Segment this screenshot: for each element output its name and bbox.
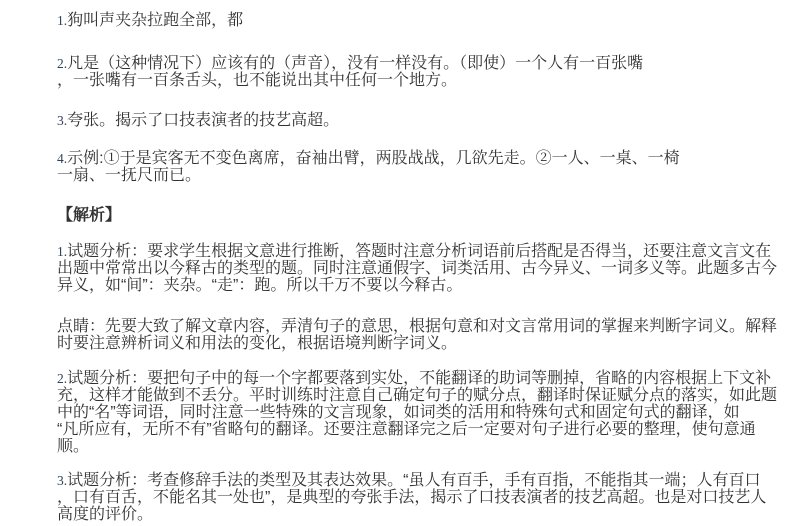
text-line: 1.狗叫声夹杂拉跑全部，都	[57, 12, 743, 29]
analysis-item-3: 3.试题分析：考查修辞手法的类型及其表达效果。“虽人有百手，手有百指，不能指其一…	[57, 472, 743, 523]
answer-item-1: 1.狗叫声夹杂拉跑全部，都	[57, 12, 743, 29]
analysis-item-1: 1.试题分析：要求学生根据文意进行推断，答题时注意分析词语前后搭配是否得当，还要…	[57, 243, 743, 294]
analysis-note-line-1: 点睛：先要大致了解文章内容，弄清句子的意思，根据句意和对文言常用词的掌握来判断字…	[57, 318, 743, 335]
analysis-1-line-3: 异义，如“间”：夹杂。“走”：跑。所以千万不要以今释古。	[57, 277, 743, 294]
answer-item-4: 4.示例:①于是宾客无不变色离席，奋袖出臂，两股战战，几欲先走。②一人、一桌、一…	[57, 150, 743, 184]
analysis-note: 点睛：先要大致了解文章内容，弄清句子的意思，根据句意和对文言常用词的掌握来判断字…	[57, 318, 743, 352]
analysis-2-line-3: 中的“名”等词语，同时注意一些特殊的文言现象，如词类的活用和特殊句式和固定句式的…	[57, 404, 743, 421]
item-number: 4.	[57, 151, 67, 166]
item-number: 3.	[57, 473, 67, 488]
analysis-item-2: 2.试题分析：要把句子中的每一个字都要落到实处，不能翻译的助词等删掉，省略的内容…	[57, 370, 743, 455]
text-line: 3.夸张。揭示了口技表演者的技艺高超。	[57, 112, 743, 129]
analysis-3-line-2: ，口有百舌，不能名其一处也”，是典型的夸张手法，揭示了口技表演者的技艺高超。也是…	[57, 489, 743, 506]
item-number: 2.	[57, 371, 67, 386]
text-line: 2.试题分析：要把句子中的每一个字都要落到实处，不能翻译的助词等删掉，省略的内容…	[57, 370, 743, 387]
analysis-2-line-4: “凡所应有，无所不有”省略句的翻译。还要注意翻译完之后一定要对句子进行必要的整理…	[57, 421, 743, 438]
page: { "colors": { "background": "#ffffff", "…	[0, 0, 801, 526]
section-heading: 【解析】	[57, 207, 743, 224]
answer-item-3: 3.夸张。揭示了口技表演者的技艺高超。	[57, 112, 743, 129]
item-number: 1.	[57, 13, 67, 28]
text-line: 2.凡是（这种情况下）应该有的（声音），没有一样没有。（即使）一个人有一百张嘴	[57, 55, 743, 72]
analysis-2-line-2: 充，这样才能做到不丢分。平时训练时注意自己确定句子的赋分点，翻译时保证赋分点的落…	[57, 387, 743, 404]
analysis-2-line-5: 顺。	[57, 438, 743, 455]
analysis-note-line-2: 时要注意辨析词义和用法的变化，根据语境判断字词义。	[57, 335, 743, 352]
text-line: 4.示例:①于是宾客无不变色离席，奋袖出臂，两股战战，几欲先走。②一人、一桌、一…	[57, 150, 743, 167]
item-number: 2.	[57, 56, 67, 71]
analysis-3-line-3: 高度的评价。	[57, 506, 743, 523]
answer-4-line-1: 示例:①于是宾客无不变色离席，奋袖出臂，两股战战，几欲先走。②一人、一桌、一椅	[67, 150, 679, 167]
document-page: 1.狗叫声夹杂拉跑全部，都 2.凡是（这种情况下）应该有的（声音），没有一样没有…	[0, 0, 801, 526]
analysis-1-line-1: 试题分析：要求学生根据文意进行推断，答题时注意分析词语前后搭配是否得当，还要注意…	[67, 243, 771, 260]
item-number: 3.	[57, 113, 67, 128]
answer-3-line-1: 夸张。揭示了口技表演者的技艺高超。	[67, 112, 339, 129]
answer-1-line-1: 狗叫声夹杂拉跑全部，都	[67, 12, 243, 29]
answer-item-2: 2.凡是（这种情况下）应该有的（声音），没有一样没有。（即使）一个人有一百张嘴 …	[57, 55, 743, 89]
analysis-1-line-2: 出题中常常出以今释古的类型的题。同时注意通假字、词类活用、古今异义、一词多义等。…	[57, 260, 743, 277]
analysis-3-line-1: 试题分析：考查修辞手法的类型及其表达效果。“虽人有百手，手有百指，不能指其一端；…	[67, 472, 760, 489]
analysis-2-line-1: 试题分析：要把句子中的每一个字都要落到实处，不能翻译的助词等删掉，省略的内容根据…	[67, 370, 771, 387]
text-line: 3.试题分析：考查修辞手法的类型及其表达效果。“虽人有百手，手有百指，不能指其一…	[57, 472, 743, 489]
item-number: 1.	[57, 244, 67, 259]
answer-2-line-2: ，一张嘴有一百条舌头，也不能说出其中任何一个地方。	[57, 72, 743, 89]
answer-2-line-1: 凡是（这种情况下）应该有的（声音），没有一样没有。（即使）一个人有一百张嘴	[67, 55, 643, 72]
answer-4-line-2: 一扇、一抚尺而已。	[57, 167, 743, 184]
text-line: 1.试题分析：要求学生根据文意进行推断，答题时注意分析词语前后搭配是否得当，还要…	[57, 243, 743, 260]
